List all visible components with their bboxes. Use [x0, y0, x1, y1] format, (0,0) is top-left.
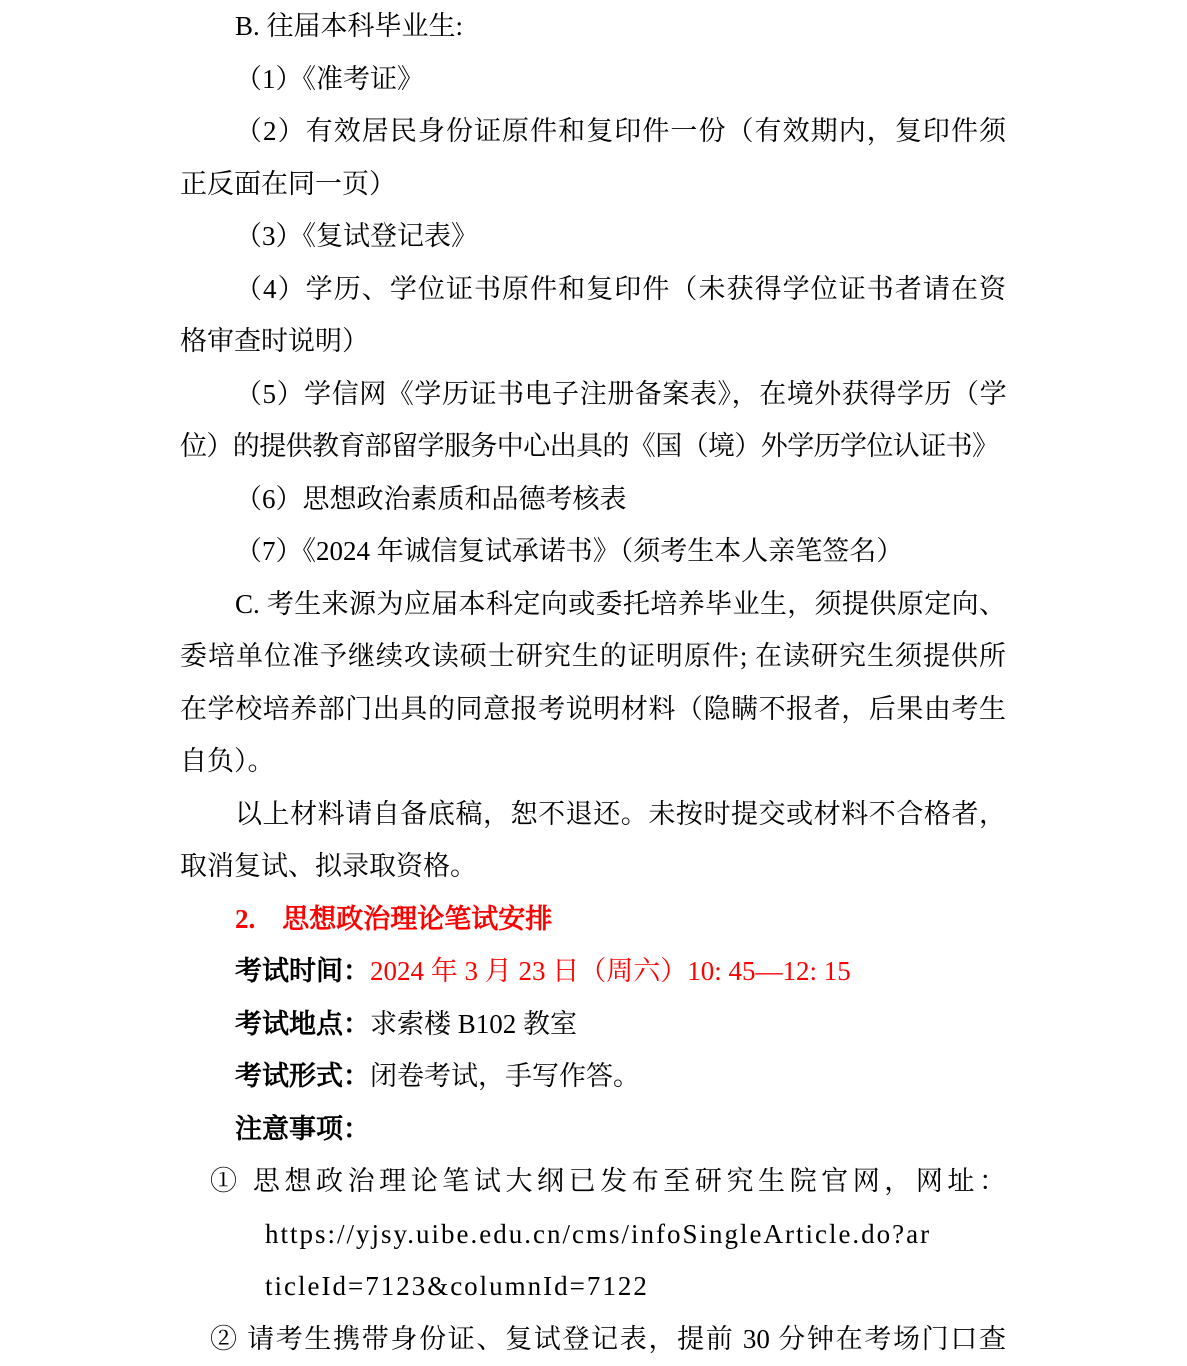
notes-heading: 注意事项： [180, 1103, 1006, 1156]
section-b-heading: B. 往届本科毕业生: [180, 0, 1006, 53]
checklist-item-5-line-1: （5）学信网《学历证书电子注册备案表》，在境外获得学历（学 [180, 368, 1006, 421]
exam-place-row: 考试地点：求索楼 B102 教室 [180, 998, 1006, 1051]
exam-place-value: 求索楼 B102 教室 [370, 1009, 577, 1039]
exam-time-row: 考试时间：2024 年 3 月 23 日（周六）10: 45—12: 15 [180, 945, 1006, 998]
checklist-item-4-line-1: （4）学历、学位证书原件和复印件（未获得学位证书者请在资 [180, 263, 1006, 316]
exam-time-label: 考试时间： [235, 956, 370, 986]
note-2-text: ② 请考生携带身份证、复试登记表，提前 30 分钟在考场门口查 [180, 1313, 1006, 1366]
exam-form-row: 考试形式：闭卷考试，手写作答。 [180, 1050, 1006, 1103]
materials-note-line-1: 以上材料请自备底稿，恕不退还。未按时提交或材料不合格者， [180, 788, 1006, 841]
note-1-url-line-2: ticleId=7123&columnId=7122 [180, 1260, 1006, 1313]
note-1-url-line-1: https://yjsy.uibe.edu.cn/cms/infoSingleA… [180, 1208, 1006, 1261]
exam-form-label: 考试形式： [235, 1061, 370, 1091]
checklist-item-2-line-1: （2）有效居民身份证原件和复印件一份（有效期内，复印件须 [180, 105, 1006, 158]
section-c-line-2: 委培单位准予继续攻读硕士研究生的证明原件; 在读研究生须提供所 [180, 630, 1006, 683]
materials-note-line-2: 取消复试、拟录取资格。 [180, 840, 1006, 893]
checklist-item-2-line-2: 正反面在同一页） [180, 158, 1006, 211]
document-page: B. 往届本科毕业生: （1）《准考证》 （2）有效居民身份证原件和复印件一份（… [180, 0, 1006, 1365]
checklist-item-7: （7）《2024 年诚信复试承诺书》（须考生本人亲笔签名） [180, 525, 1006, 578]
exam-form-value: 闭卷考试，手写作答。 [370, 1061, 640, 1091]
checklist-item-5-line-2: 位）的提供教育部留学服务中心出具的《国（境）外学历学位认证书》 [180, 420, 1006, 473]
checklist-item-6: （6）思想政治素质和品德考核表 [180, 473, 1006, 526]
section-c-line-4: 自负）。 [180, 735, 1006, 788]
section-2-heading: 2. 思想政治理论笔试安排 [180, 893, 1006, 946]
exam-place-label: 考试地点： [235, 1009, 370, 1039]
exam-time-value: 2024 年 3 月 23 日（周六）10: 45—12: 15 [370, 956, 851, 986]
checklist-item-3: （3）《复试登记表》 [180, 210, 1006, 263]
section-c-line-3: 在学校培养部门出具的同意报考说明材料（隐瞒不报者，后果由考生 [180, 683, 1006, 736]
checklist-item-4-line-2: 格审查时说明） [180, 315, 1006, 368]
note-1-text: ① 思想政治理论笔试大纲已发布至研究生院官网，网址： [180, 1155, 1006, 1208]
checklist-item-1: （1）《准考证》 [180, 53, 1006, 106]
section-c-line-1: C. 考生来源为应届本科定向或委托培养毕业生，须提供原定向、 [180, 578, 1006, 631]
